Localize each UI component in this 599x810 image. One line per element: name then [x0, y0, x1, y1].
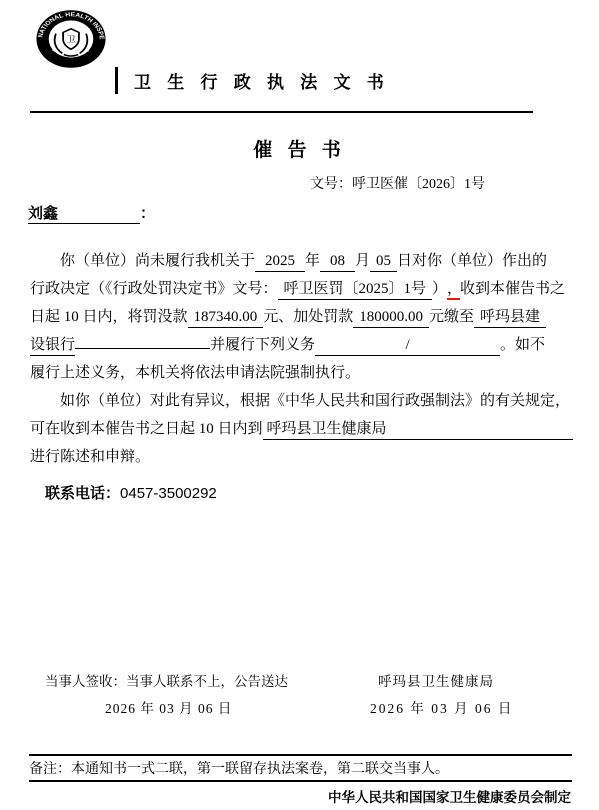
document-category-title: 卫 生 行 政 执 法 文 书	[134, 68, 390, 93]
fill-day: 05	[370, 251, 397, 272]
body-line-2: 行政决定（《行政处罚决定书》文号：呼卫医罚〔2025〕1号），收到本催告书之	[30, 275, 575, 303]
fill-additional-fine-amount: 180000.00	[353, 307, 429, 328]
footer-remark: 备注：本通知书一式二联，第一联留存执法案卷，第二联交当事人。	[29, 758, 449, 778]
contact-label: 联系电话：	[45, 485, 120, 502]
body-text-segment: 行政决定（《行政处罚决定书》文号：	[30, 281, 278, 297]
body-text-segment: 月	[355, 253, 370, 269]
footer-issuer: 中华人民共和国国家卫生健康委员会制定	[328, 786, 571, 806]
body-text-segment: 可在收到本催告书之日起 10 日内到	[30, 421, 263, 437]
body-line-6: 如你（单位）对此有异议，根据《中华人民共和国行政强制法》的有关规定，	[30, 387, 575, 415]
seal-center-glyph: 卫	[66, 35, 76, 44]
party-sign-line: 当事人签收：当事人联系不上，公告送达	[45, 670, 288, 690]
header-rule	[30, 111, 533, 113]
contact-phone-number: 0457-3500292	[120, 485, 217, 502]
body-text: 你（单位）尚未履行我机关于2025年08月05日对你（单位）作出的 行政决定（《…	[30, 247, 575, 508]
fill-month: 08	[320, 251, 355, 272]
body-line-7: 可在收到本催告书之日起 10 日内到呼玛县卫生健康局	[30, 415, 575, 443]
body-text-segment: 如你（单位）对此有异议，根据《中华人民共和国行政强制法》的有关规定，	[60, 393, 570, 409]
fill-confiscation-amount: 187340.00	[188, 307, 264, 328]
agency-seal: CHINA NATIONAL HEALTH INSPECTION 卫 生 监 督…	[35, 9, 107, 69]
body-text-segment: 元、加处罚款	[263, 309, 353, 325]
issuing-authority: 呼玛县卫生健康局	[378, 670, 494, 690]
document-page: CHINA NATIONAL HEALTH INSPECTION 卫 生 监 督…	[0, 0, 599, 810]
header-band: 卫 生 行 政 执 法 文 书	[115, 67, 390, 94]
body-line-3: 日起 10 日内，将罚没款187340.00元、加处罚款180000.00元缴至…	[30, 303, 575, 331]
page-title: 催 告 书	[0, 135, 599, 162]
party-sign-date: 2026 年 03 月 06 日	[105, 697, 232, 717]
proof-marked-comma: ，	[447, 280, 460, 300]
party-sign-note: 当事人联系不上，公告送达	[126, 674, 288, 689]
body-text-segment: 元缴至	[429, 309, 474, 325]
body-line-1: 你（单位）尚未履行我机关于2025年08月05日对你（单位）作出的	[30, 247, 575, 275]
body-line-4: 设银行并履行下列义务/。如不	[30, 331, 575, 359]
recipient-name: 刘鑫	[28, 205, 58, 222]
body-text-segment: 年	[305, 253, 320, 269]
body-text-segment: 日起 10 日内，将罚没款	[30, 309, 188, 325]
doc-number: 文号：呼卫医催〔2026〕1号	[310, 173, 485, 193]
body-line-5: 履行上述义务，本机关将依法申请法院强制执行。	[30, 359, 575, 387]
contact-line: 联系电话：0457-3500292	[30, 480, 575, 508]
header-vertical-bar	[115, 67, 118, 94]
body-text-segment: 履行上述义务，本机关将依法申请法院强制执行。	[30, 365, 360, 381]
fill-bank-blank	[75, 348, 210, 349]
fill-year: 2025	[255, 251, 305, 272]
fill-other-duties: /	[315, 335, 500, 356]
seal-graphic: CHINA NATIONAL HEALTH INSPECTION 卫 生 监 督…	[35, 9, 107, 69]
fill-objection-org: 呼玛县卫生健康局	[263, 419, 573, 440]
party-sign-label: 当事人签收：	[45, 674, 126, 689]
recipient-colon: ：	[140, 205, 155, 222]
body-text-segment: 。如不	[500, 337, 545, 353]
body-text-segment: 收到本催告书之	[460, 281, 565, 297]
recipient-name-underline: 刘鑫	[28, 202, 140, 224]
fill-bank-part1: 呼玛县建	[474, 307, 546, 328]
footer-rule-top	[29, 754, 572, 756]
body-line-8: 进行陈述和申辩。	[30, 443, 575, 471]
footer-rule-bottom	[29, 780, 572, 782]
recipient-line: 刘鑫：	[28, 202, 155, 224]
fill-penalty-doc-number: 呼卫医罚〔2025〕1号	[278, 279, 433, 300]
issuing-date: 2026 年 03 月 06 日	[370, 697, 513, 717]
body-text-segment: 你（单位）尚未履行我机关于	[60, 253, 255, 269]
body-text-segment: 日对你（单位）作出的	[397, 253, 547, 269]
body-text-segment: 并履行下列义务	[210, 337, 315, 353]
body-text-segment: 进行陈述和申辩。	[30, 449, 150, 465]
body-text-segment: ）	[432, 281, 447, 297]
fill-bank-part2: 设银行	[30, 335, 75, 356]
